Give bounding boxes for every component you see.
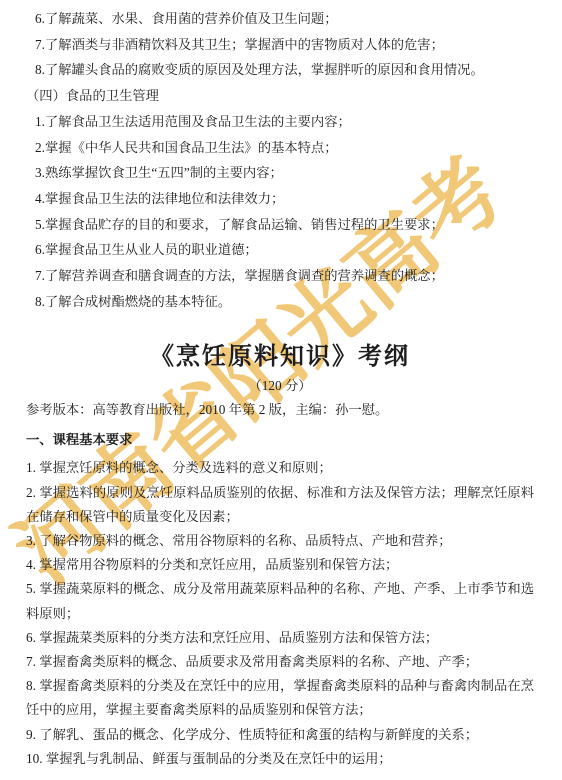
score-line: （120 分） xyxy=(26,378,534,394)
reference-edition-line: 参考版本：高等教育出版社，2010 年第 2 版，主编：孙一慰。 xyxy=(26,401,534,419)
hygiene-item: 6.了解蔬菜、水果、食用菌的营养价值及卫生问题； xyxy=(26,6,534,32)
exam-outline-title: 《烹饪原料知识》考纲 xyxy=(26,344,534,370)
course-requirements-section: 1. 掌握烹饪原料的概念、分类及选料的意义和原则； 2. 掌握选料的原则及烹饪原… xyxy=(26,456,534,771)
requirement-item: 2. 掌握选料的原则及烹饪原料品质鉴别的依据、标准和方法及保管方法；理解烹饪原料… xyxy=(26,481,534,529)
document-content: 6.了解蔬菜、水果、食用菌的营养价值及卫生问题； 7.了解酒类与非酒精饮料及其卫… xyxy=(0,0,562,771)
course-requirements-heading: 一、课程基本要求 xyxy=(26,431,534,449)
food-hygiene-section: 6.了解蔬菜、水果、食用菌的营养价值及卫生问题； 7.了解酒类与非酒精饮料及其卫… xyxy=(26,6,534,314)
hygiene-sub-item: 4.掌握食品卫生法的法律地位和法律效力； xyxy=(26,186,534,212)
requirement-item: 7. 掌握畜禽类原料的概念、品质要求及常用畜禽类原料的名称、产地、产季； xyxy=(26,650,534,674)
subsection-heading: （四）食品的卫生管理 xyxy=(26,83,534,109)
requirement-item: 5. 掌握蔬菜原料的概念、成分及常用蔬菜原料品种的名称、产地、产季、上市季节和选… xyxy=(26,577,534,625)
hygiene-sub-item: 3.熟练掌握饮食卫生“五四”制的主要内容； xyxy=(26,160,534,186)
hygiene-sub-item: 7.了解营养调查和膳食调查的方法，掌握膳食调查的营养调查的概念； xyxy=(26,263,534,289)
requirement-item: 1. 掌握烹饪原料的概念、分类及选料的意义和原则； xyxy=(26,456,534,480)
requirement-item: 8. 掌握畜禽类原料的分类及在烹饪中的应用，掌握畜禽类原料的品种与畜禽肉制品在烹… xyxy=(26,674,534,722)
hygiene-sub-item: 1.了解食品卫生法适用范围及食品卫生法的主要内容； xyxy=(26,109,534,135)
hygiene-item: 7.了解酒类与非酒精饮料及其卫生；掌握酒中的害物质对人体的危害； xyxy=(26,32,534,58)
hygiene-sub-item: 5.掌握食品贮存的目的和要求，了解食品运输、销售过程的卫生要求； xyxy=(26,212,534,238)
requirement-item: 3. 了解谷物原料的概念、常用谷物原料的名称、品质特点、产地和营养； xyxy=(26,529,534,553)
hygiene-item: 8.了解罐头食品的腐败变质的原因及处理方法，掌握胖听的原因和食用情况。 xyxy=(26,57,534,83)
requirement-item: 6. 掌握蔬菜类原料的分类方法和烹饪应用、品质鉴别方法和保管方法； xyxy=(26,626,534,650)
requirement-item: 9. 了解乳、蛋品的概念、化学成分、性质特征和禽蛋的结构与新鲜度的关系； xyxy=(26,723,534,747)
hygiene-sub-item: 8.了解合成树酯燃烧的基本特征。 xyxy=(26,289,534,315)
hygiene-sub-item: 6.掌握食品卫生从业人员的职业道德； xyxy=(26,237,534,263)
hygiene-sub-item: 2.掌握《中华人民共和国食品卫生法》的基本特点； xyxy=(26,135,534,161)
document-page: 河南省阳光高考 6.了解蔬菜、水果、食用菌的营养价值及卫生问题； 7.了解酒类与… xyxy=(0,0,562,780)
requirement-item: 4. 掌握常用谷物原料的分类和烹饪应用，品质鉴别和保管方法； xyxy=(26,553,534,577)
requirement-item: 10. 掌握乳与乳制品、鲜蛋与蛋制品的分类及在烹饪中的运用； xyxy=(26,747,534,771)
